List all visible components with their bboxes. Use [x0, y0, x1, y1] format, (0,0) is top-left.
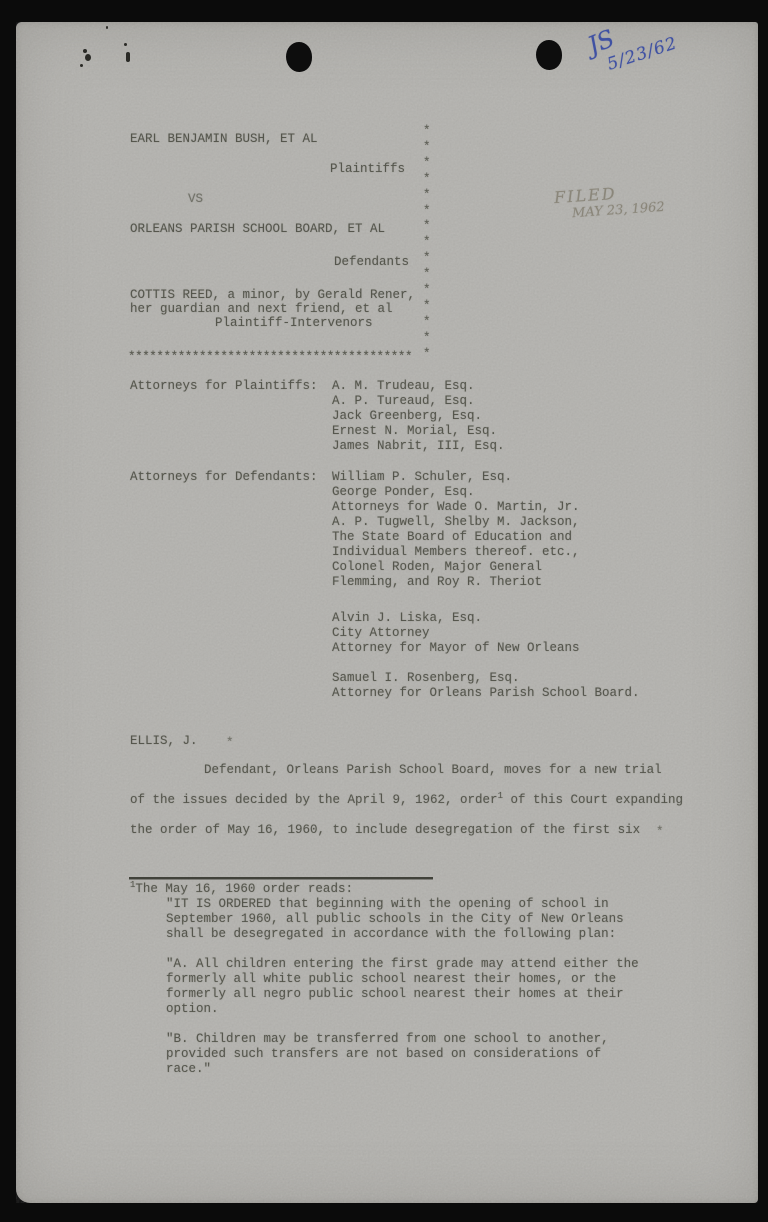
ink-mark — [83, 49, 87, 53]
caption-asterisk-column: *************** — [423, 124, 431, 363]
footnote-line: race." — [166, 1062, 211, 1077]
ink-mark — [85, 54, 91, 61]
attorneys-defendants-line: Flemming, and Roy R. Theriot — [332, 575, 542, 590]
scanned-document: JS 5/23/62 FILED MAY 23, 1962 EARL BENJA… — [0, 0, 768, 1222]
attorneys-defendants-line: Colonel Roden, Major General — [332, 560, 542, 575]
asterisk: * — [423, 124, 431, 140]
footnote-line: "A. All children entering the first grad… — [166, 957, 639, 972]
attorneys-defendants-line: William P. Schuler, Esq. — [332, 470, 512, 485]
attorneys-defendants-line: The State Board of Education and — [332, 530, 572, 545]
ink-mark — [106, 26, 108, 29]
asterisk: * — [423, 331, 431, 347]
footnote-separator-rule — [129, 877, 433, 879]
caption-defendant-name: ORLEANS PARISH SCHOOL BOARD, ET AL — [130, 222, 385, 237]
footnote-line: "IT IS ORDERED that beginning with the o… — [166, 897, 609, 912]
attorneys-city-line: City Attorney — [332, 626, 430, 641]
caption-vs: VS — [188, 192, 203, 207]
attorneys-plaintiffs-line: Jack Greenberg, Esq. — [332, 409, 482, 424]
ink-mark — [124, 43, 127, 46]
attorneys-plaintiffs-line: A. M. Trudeau, Esq. — [332, 379, 475, 394]
attorneys-defendants-line: George Ponder, Esq. — [332, 485, 475, 500]
body-line: Defendant, Orleans Parish School Board, … — [204, 763, 662, 778]
body-text: of this Court expanding — [503, 793, 683, 807]
caption-intervenor-line1: COTTIS REED, a minor, by Gerald Rener, — [130, 288, 415, 303]
punch-hole-left — [286, 42, 312, 72]
footnote-line: formerly all white public school nearest… — [166, 972, 616, 987]
asterisk: * — [423, 172, 431, 188]
judge-name: ELLIS, J. — [130, 734, 198, 749]
footnote-line: "B. Children may be transferred from one… — [166, 1032, 609, 1047]
attorneys-city-line: Alvin J. Liska, Esq. — [332, 611, 482, 626]
attorneys-defendants-line: A. P. Tugwell, Shelby M. Jackson, — [332, 515, 580, 530]
footnote-line: shall be desegregated in accordance with… — [166, 927, 616, 942]
body-line: the order of May 16, 1960, to include de… — [130, 823, 640, 838]
footnote-line: option. — [166, 1002, 219, 1017]
footnote-line: September 1960, all public schools in th… — [166, 912, 624, 927]
attorneys-board-line: Attorney for Orleans Parish School Board… — [332, 686, 640, 701]
body-line: of the issues decided by the April 9, 19… — [130, 793, 683, 808]
attorneys-plaintiffs-line: A. P. Tureaud, Esq. — [332, 394, 475, 409]
asterisk: * — [423, 267, 431, 283]
asterisk: * — [423, 156, 431, 172]
caption-defendant-role: Defendants — [334, 255, 409, 270]
caption-intervenor-role: Plaintiff-Intervenors — [215, 316, 373, 331]
asterisk: * — [423, 140, 431, 156]
punch-hole-right — [536, 40, 562, 70]
faint-mark: * — [226, 736, 234, 751]
asterisk: * — [423, 251, 431, 267]
footnote-intro-text: The May 16, 1960 order reads: — [135, 882, 353, 896]
faint-mark: * — [656, 825, 664, 840]
asterisk: * — [423, 235, 431, 251]
caption-intervenor-line2: her guardian and next friend, et al — [130, 302, 393, 317]
attorneys-city-line: Attorney for Mayor of New Orleans — [332, 641, 580, 656]
footnote-line: provided such transfers are not based on… — [166, 1047, 601, 1062]
attorneys-defendants-label: Attorneys for Defendants: — [130, 470, 318, 485]
asterisk: * — [423, 219, 431, 235]
attorneys-defendants-line: Attorneys for Wade O. Martin, Jr. — [332, 500, 580, 515]
asterisk: * — [423, 188, 431, 204]
caption-plaintiff-role: Plaintiffs — [330, 162, 405, 177]
attorneys-plaintiffs-line: James Nabrit, III, Esq. — [332, 439, 505, 454]
attorneys-plaintiffs-label: Attorneys for Plaintiffs: — [130, 379, 318, 394]
asterisk: * — [423, 315, 431, 331]
asterisk: * — [423, 299, 431, 315]
footnote-intro: 1The May 16, 1960 order reads: — [130, 882, 353, 897]
ink-mark — [80, 64, 83, 67]
asterisk: * — [423, 347, 431, 363]
footnote-line: formerly all negro public school nearest… — [166, 987, 624, 1002]
attorneys-board-line: Samuel I. Rosenberg, Esq. — [332, 671, 520, 686]
caption-asterisk-row: **************************************** — [128, 350, 412, 365]
asterisk: * — [423, 204, 431, 220]
ink-mark — [126, 52, 130, 62]
asterisk: * — [423, 283, 431, 299]
attorneys-plaintiffs-line: Ernest N. Morial, Esq. — [332, 424, 497, 439]
attorneys-defendants-line: Individual Members thereof. etc., — [332, 545, 580, 560]
body-text: of the issues decided by the April 9, 19… — [130, 793, 498, 807]
caption-plaintiff-name: EARL BENJAMIN BUSH, ET AL — [130, 132, 318, 147]
